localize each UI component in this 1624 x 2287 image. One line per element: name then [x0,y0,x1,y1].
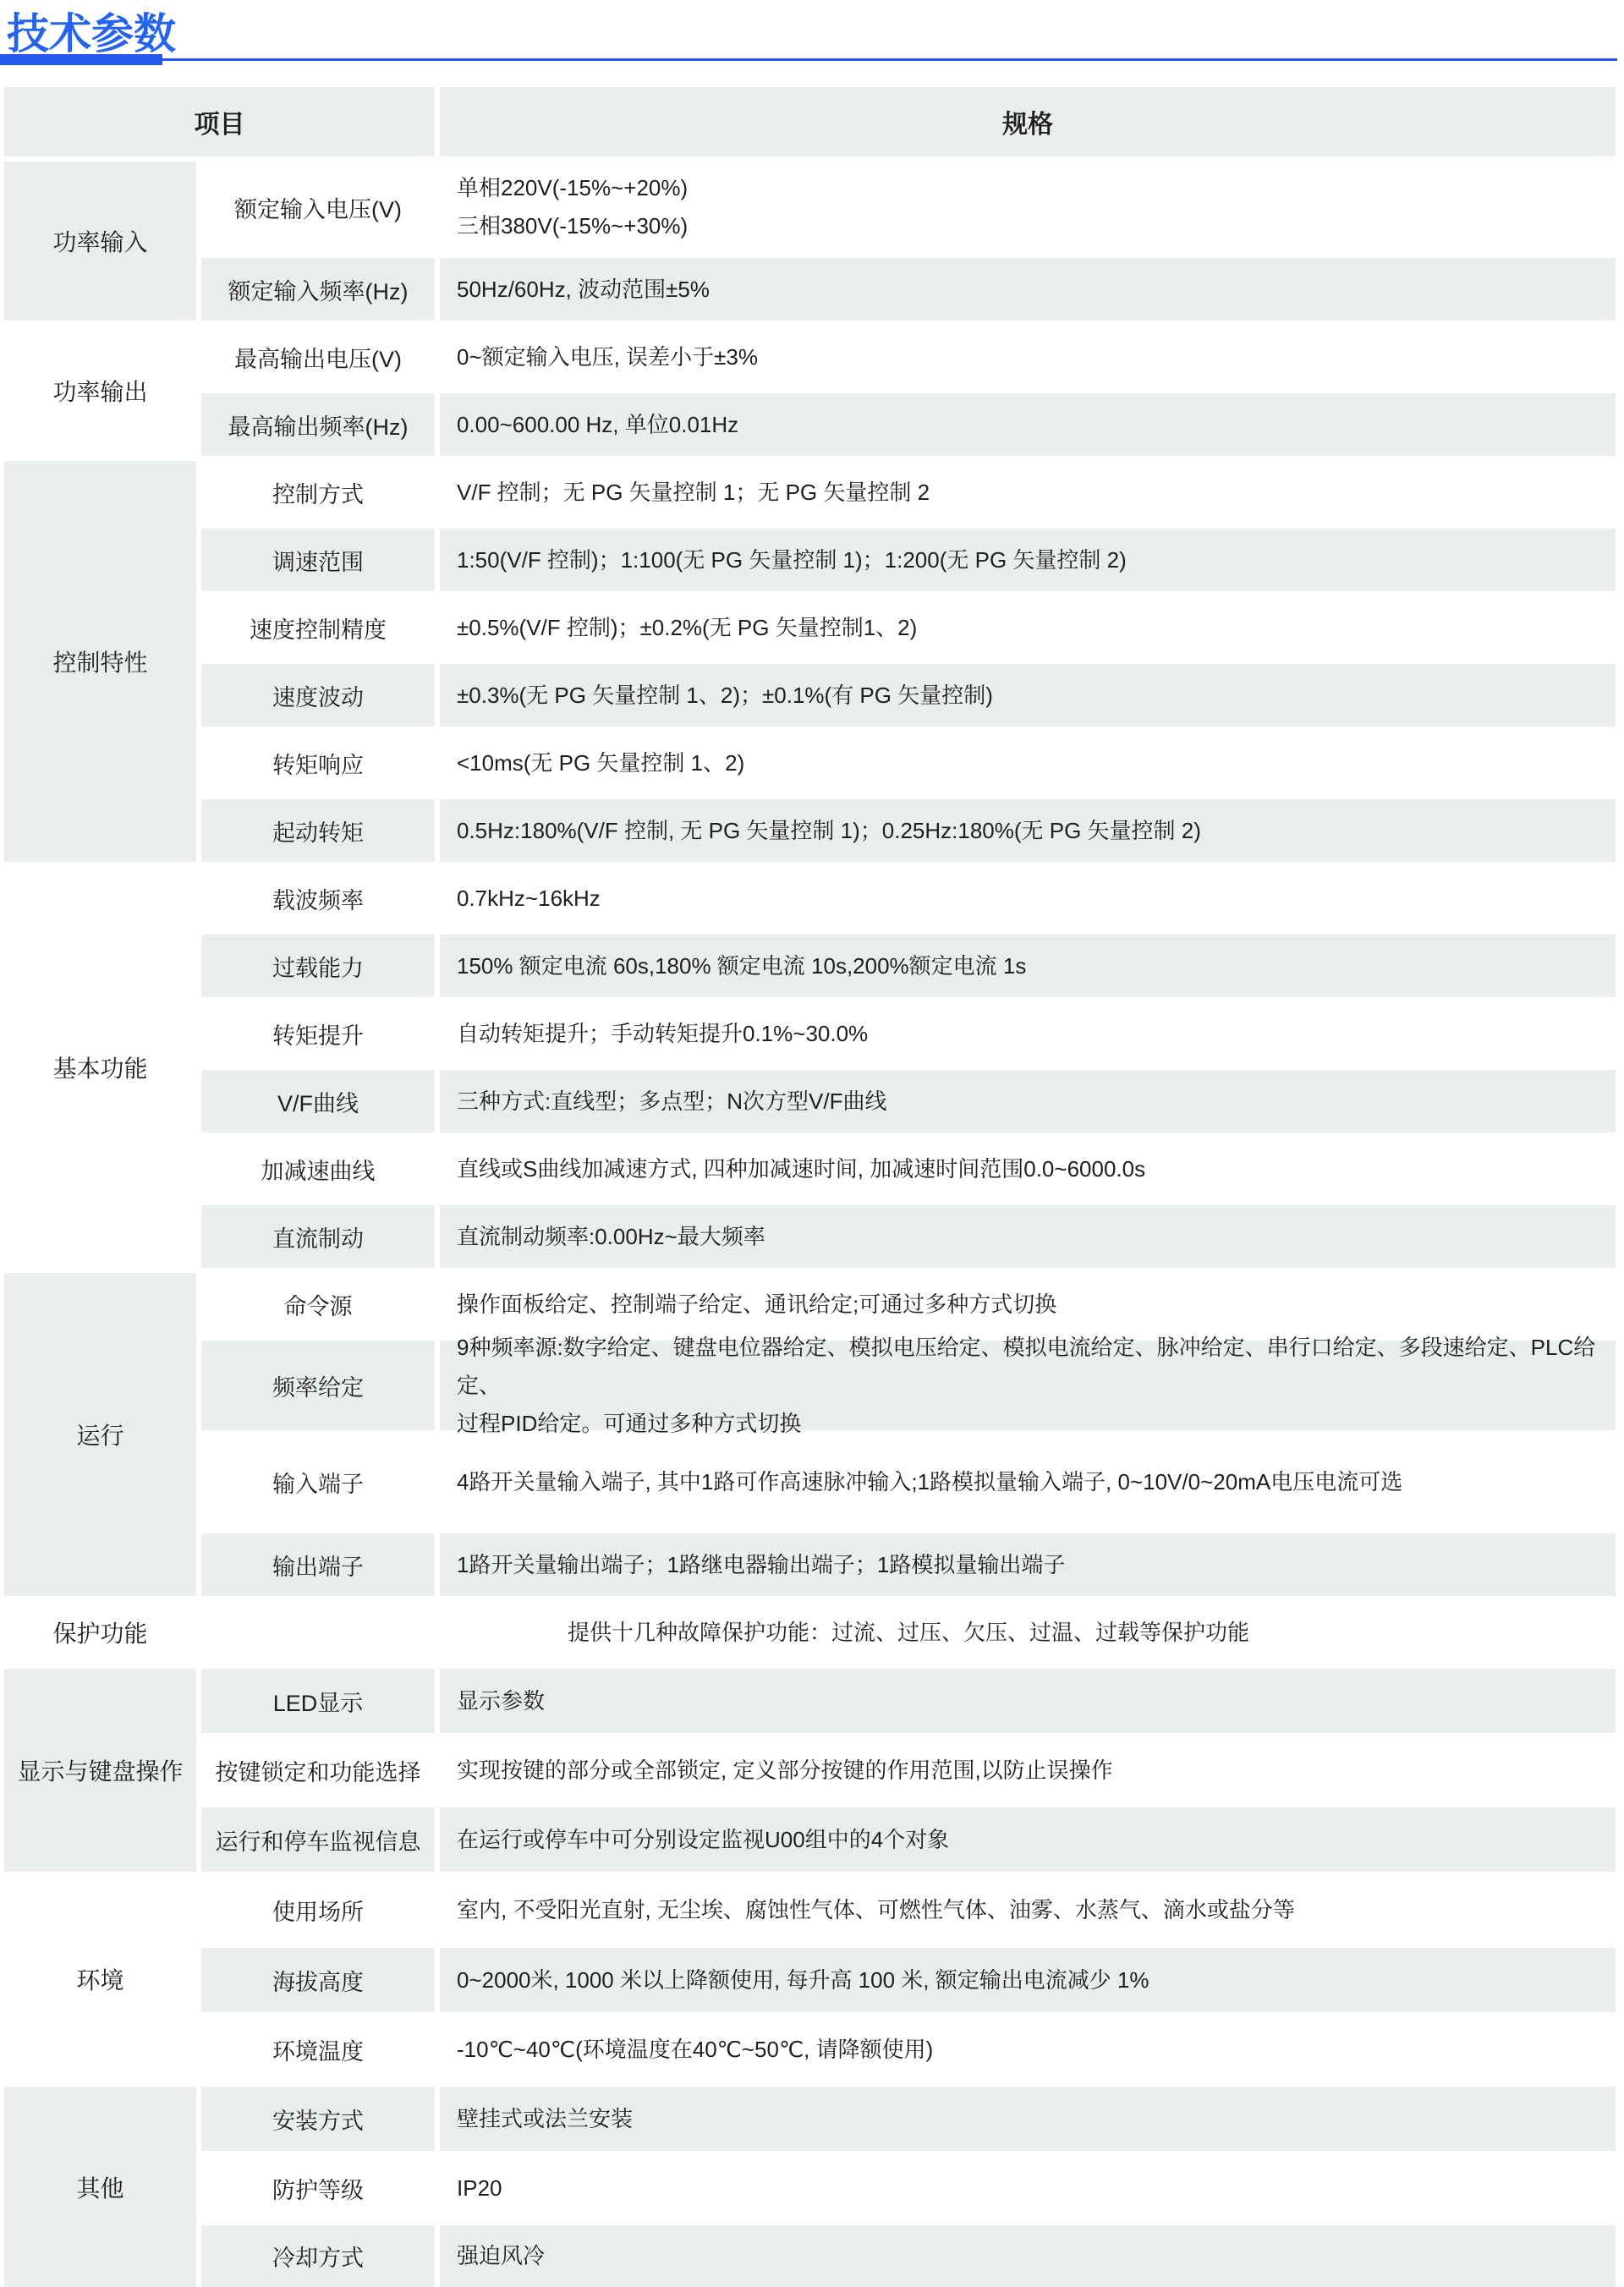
item-cell: 额定输入电压(V) [201,162,435,253]
table-row: 海拔高度 0~2000米, 1000 米以上降额使用, 每升高 100 米, 额… [201,1948,1616,2012]
table-row: 安装方式 壁挂式或法兰安装 [201,2087,1616,2151]
spec-cell: 在运行或停车中可分别设定监视U00组中的4个对象 [440,1807,1616,1872]
table-row: 调速范围 1:50(V/F 控制)；1:100(无 PG 矢量控制 1)；1:2… [201,529,1616,591]
spec-cell: 150% 额定电流 60s,180% 额定电流 10s,200%额定电流 1s [440,935,1616,997]
table-row: LED显示 显示参数 [201,1669,1616,1733]
section-protection: 保护功能 提供十几种故障保护功能：过流、过压、欠压、过温、过载等保护功能 [4,1601,1616,1664]
table-row: 防护等级 IP20 [201,2156,1616,2220]
spec-cell: 1:50(V/F 控制)；1:100(无 PG 矢量控制 1)；1:200(无 … [440,529,1616,591]
item-cell: V/F曲线 [201,1070,435,1133]
table-row: 速度控制精度 ±0.5%(V/F 控制)；±0.2%(无 PG 矢量控制1、2) [201,596,1616,659]
item-cell: 使用场所 [201,1877,435,1943]
spec-cell: <10ms(无 PG 矢量控制 1、2) [440,732,1616,794]
item-cell: LED显示 [201,1669,435,1733]
category-cell: 功率输出 [4,326,196,456]
category-cell: 功率输入 [4,162,196,321]
spec-cell: 0~额定输入电压, 误差小于±3% [440,326,1616,388]
item-cell: 安装方式 [201,2087,435,2151]
table-row: 直流制动 直流制动频率:0.00Hz~最大频率 [201,1205,1616,1268]
item-cell: 运行和停车监视信息 [201,1807,435,1872]
table-row: 环境温度 -10℃~40℃(环境温度在40℃~50℃, 请降额使用) [201,2017,1616,2081]
table-row: 转矩提升 自动转矩提升；手动转矩提升0.1%~30.0% [201,1002,1616,1065]
table-header-row: 项目 规格 [4,87,1616,156]
merged-spec-cell: 提供十几种故障保护功能：过流、过压、欠压、过温、过载等保护功能 [201,1601,1616,1664]
category-cell: 控制特性 [4,461,196,862]
table-row: 额定输入频率(Hz) 50Hz/60Hz, 波动范围±5% [201,258,1616,321]
category-cell: 显示与键盘操作 [4,1669,196,1872]
spec-cell: -10℃~40℃(环境温度在40℃~50℃, 请降额使用) [440,2017,1616,2081]
spec-cell: 直线或S曲线加减速方式, 四种加减速时间, 加减速时间范围0.0~6000.0s [440,1138,1616,1200]
spec-cell: 0~2000米, 1000 米以上降额使用, 每升高 100 米, 额定输出电流… [440,1948,1616,2012]
table-row: 载波频率 0.7kHz~16kHz [201,867,1616,930]
spec-cell: 壁挂式或法兰安装 [440,2087,1616,2151]
header-cell-spec: 规格 [440,87,1616,156]
table-row: 最高输出频率(Hz) 0.00~600.00 Hz, 单位0.01Hz [201,393,1616,456]
spec-cell: V/F 控制；无 PG 矢量控制 1；无 PG 矢量控制 2 [440,461,1616,524]
item-cell: 输入端子 [201,1435,435,1528]
table-row: 提供十几种故障保护功能：过流、过压、欠压、过温、过载等保护功能 [201,1601,1616,1664]
item-cell: 防护等级 [201,2156,435,2220]
section-environment: 环境 使用场所 室内, 不受阳光直射, 无尘埃、腐蚀性气体、可燃性气体、油雾、水… [4,1877,1616,2081]
item-cell: 调速范围 [201,529,435,591]
spec-cell: ±0.3%(无 PG 矢量控制 1、2)；±0.1%(有 PG 矢量控制) [440,664,1616,727]
table-row: 使用场所 室内, 不受阳光直射, 无尘埃、腐蚀性气体、可燃性气体、油雾、水蒸气、… [201,1877,1616,1943]
title-underline-rule [0,58,1617,61]
item-cell: 速度控制精度 [201,596,435,659]
item-cell: 冷却方式 [201,2225,435,2287]
table-row: 输出端子 1路开关量输出端子；1路继电器输出端子；1路模拟量输出端子 [201,1533,1616,1596]
item-cell: 额定输入频率(Hz) [201,258,435,321]
section-power-output: 功率输出 最高输出电压(V) 0~额定输入电压, 误差小于±3% 最高输出频率(… [4,326,1616,456]
table-row: 输入端子 4路开关量输入端子, 其中1路可作高速脉冲输入;1路模拟量输入端子, … [201,1435,1616,1528]
spec-cell: IP20 [440,2156,1616,2220]
table-row: 转矩响应 <10ms(无 PG 矢量控制 1、2) [201,732,1616,794]
spec-sheet-page: 技术参数 项目 规格 功率输入 额定输入电压(V) 单相220V(-15%~+2… [0,0,1624,2287]
item-cell: 按键锁定和功能选择 [201,1738,435,1802]
table-row: 额定输入电压(V) 单相220V(-15%~+20%) 三相380V(-15%~… [201,162,1616,253]
section-power-input: 功率输入 额定输入电压(V) 单相220V(-15%~+20%) 三相380V(… [4,162,1616,321]
section-display-keyboard: 显示与键盘操作 LED显示 显示参数 按键锁定和功能选择 实现按键的部分或全部锁… [4,1669,1616,1872]
table-row: 命令源 操作面板给定、控制端子给定、通讯给定;可通过多种方式切换 [201,1273,1616,1335]
item-cell: 最高输出电压(V) [201,326,435,388]
item-cell: 载波频率 [201,867,435,930]
item-cell: 控制方式 [201,461,435,524]
category-cell: 保护功能 [4,1601,196,1664]
spec-cell: 9种频率源:数字给定、键盘电位器给定、模拟电压给定、模拟电流给定、脉冲给定、串行… [440,1341,1616,1430]
item-cell: 过载能力 [201,935,435,997]
spec-cell: 单相220V(-15%~+20%) 三相380V(-15%~+30%) [440,162,1616,253]
page-title: 技术参数 [7,0,176,61]
spec-cell: 4路开关量输入端子, 其中1路可作高速脉冲输入;1路模拟量输入端子, 0~10V… [440,1435,1616,1528]
header-cell-item: 项目 [4,87,435,156]
item-cell: 直流制动 [201,1205,435,1268]
section-control: 控制特性 控制方式 V/F 控制；无 PG 矢量控制 1；无 PG 矢量控制 2… [4,461,1616,862]
table-row: 最高输出电压(V) 0~额定输入电压, 误差小于±3% [201,326,1616,388]
table-row: 冷却方式 强迫风冷 [201,2225,1616,2287]
item-cell: 海拔高度 [201,1948,435,2012]
spec-cell: 1路开关量输出端子；1路继电器输出端子；1路模拟量输出端子 [440,1533,1616,1596]
spec-cell: 强迫风冷 [440,2225,1616,2287]
section-basic-functions: 基本功能 载波频率 0.7kHz~16kHz 过载能力 150% 额定电流 60… [4,867,1616,1268]
spec-cell: 直流制动频率:0.00Hz~最大频率 [440,1205,1616,1268]
category-cell: 运行 [4,1273,196,1596]
spec-table: 项目 规格 功率输入 额定输入电压(V) 单相220V(-15%~+20%) 三… [4,87,1616,2287]
table-row: 起动转矩 0.5Hz:180%(V/F 控制, 无 PG 矢量控制 1)；0.2… [201,799,1616,862]
item-cell: 命令源 [201,1273,435,1335]
spec-cell: 实现按键的部分或全部锁定, 定义部分按键的作用范围,以防止误操作 [440,1738,1616,1802]
spec-cell: 0.7kHz~16kHz [440,867,1616,930]
item-cell: 频率给定 [201,1341,435,1430]
item-cell: 环境温度 [201,2017,435,2081]
item-cell: 速度波动 [201,664,435,727]
spec-cell: 三种方式:直线型；多点型；N次方型V/F曲线 [440,1070,1616,1133]
spec-cell: 显示参数 [440,1669,1616,1733]
item-cell: 最高输出频率(Hz) [201,393,435,456]
item-cell: 加减速曲线 [201,1138,435,1200]
spec-cell: 0.00~600.00 Hz, 单位0.01Hz [440,393,1616,456]
table-row: 加减速曲线 直线或S曲线加减速方式, 四种加减速时间, 加减速时间范围0.0~6… [201,1138,1616,1200]
table-row: 频率给定 9种频率源:数字给定、键盘电位器给定、模拟电压给定、模拟电流给定、脉冲… [201,1341,1616,1430]
spec-cell: 室内, 不受阳光直射, 无尘埃、腐蚀性气体、可燃性气体、油雾、水蒸气、滴水或盐分… [440,1877,1616,1943]
spec-cell: 0.5Hz:180%(V/F 控制, 无 PG 矢量控制 1)；0.25Hz:1… [440,799,1616,862]
item-cell: 转矩提升 [201,1002,435,1065]
table-row: 按键锁定和功能选择 实现按键的部分或全部锁定, 定义部分按键的作用范围,以防止误… [201,1738,1616,1802]
section-operation: 运行 命令源 操作面板给定、控制端子给定、通讯给定;可通过多种方式切换 频率给定… [4,1273,1616,1596]
item-cell: 起动转矩 [201,799,435,862]
item-cell: 转矩响应 [201,732,435,794]
item-cell: 输出端子 [201,1533,435,1596]
category-cell: 基本功能 [4,867,196,1268]
spec-cell: 50Hz/60Hz, 波动范围±5% [440,258,1616,321]
table-row: 速度波动 ±0.3%(无 PG 矢量控制 1、2)；±0.1%(有 PG 矢量控… [201,664,1616,727]
table-row: 控制方式 V/F 控制；无 PG 矢量控制 1；无 PG 矢量控制 2 [201,461,1616,524]
section-other: 其他 安装方式 壁挂式或法兰安装 防护等级 IP20 冷却方式 强迫风冷 [4,2087,1616,2287]
category-cell: 环境 [4,1877,196,2081]
spec-cell: 操作面板给定、控制端子给定、通讯给定;可通过多种方式切换 [440,1273,1616,1335]
spec-cell: 自动转矩提升；手动转矩提升0.1%~30.0% [440,1002,1616,1065]
table-row: 过载能力 150% 额定电流 60s,180% 额定电流 10s,200%额定电… [201,935,1616,997]
table-row: 运行和停车监视信息 在运行或停车中可分别设定监视U00组中的4个对象 [201,1807,1616,1872]
spec-cell: ±0.5%(V/F 控制)；±0.2%(无 PG 矢量控制1、2) [440,596,1616,659]
table-row: V/F曲线 三种方式:直线型；多点型；N次方型V/F曲线 [201,1070,1616,1133]
category-cell: 其他 [4,2087,196,2287]
